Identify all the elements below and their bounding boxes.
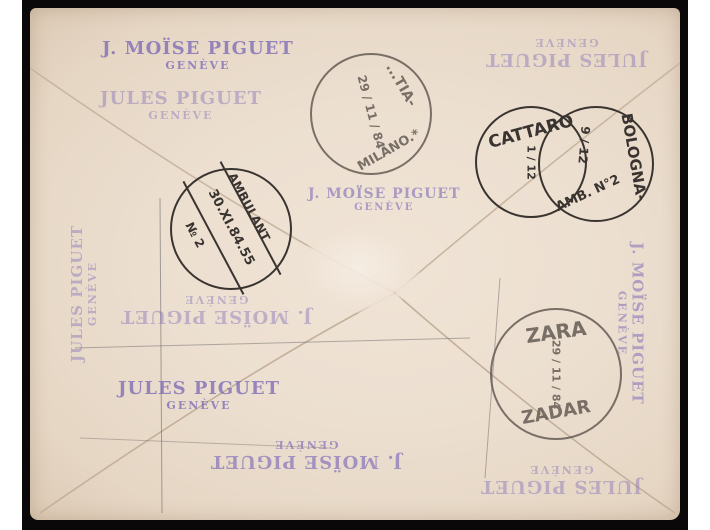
postmark-bologna: BOLOGNA- 9 / 12 AMB. N°2 — [538, 106, 654, 222]
handstamp-line1: JULES PIGUET — [118, 378, 280, 399]
handstamp-moise-piguet: J. MOÏSE PIGUET GENÈVE — [102, 38, 294, 72]
paper-wear-patch — [300, 223, 420, 313]
handstamp-line2: GENÈVE — [100, 109, 262, 122]
envelope-back: J. MOÏSE PIGUET GENÈVE JULES PIGUET GENÈ… — [30, 8, 680, 520]
handstamp-line2: GENÈVE — [210, 438, 402, 451]
handstamp-moise-piguet: J. MOÏSE PIGUET GENÈVE — [308, 186, 461, 213]
handstamp-moise-piguet-inverted: J. MOÏSE PIGUET GENÈVE — [210, 438, 402, 472]
handstamp-line1: JULES PIGUET — [485, 49, 647, 70]
postmark-milano: ...TIA- 29 / 11 / 84 MILANO.* — [310, 53, 432, 175]
handstamp-line2: GENÈVE — [485, 36, 647, 49]
postmark-zara: ZARA 29 / 11 / 84 ZADAR — [490, 308, 622, 440]
handstamp-moise-piguet-inverted: J. MOÏSE PIGUET GENÈVE — [120, 293, 312, 327]
handstamp-line1: J. MOÏSE PIGUET — [308, 186, 461, 202]
handstamp-jules-piguet: JULES PIGUET GENÈVE — [118, 378, 280, 412]
handstamp-jules-piguet-inverted: JULES PIGUET GENÈVE — [485, 36, 647, 70]
handstamp-line2: GENÈVE — [118, 399, 280, 412]
handstamp-line1: JULES PIGUET — [100, 88, 262, 109]
handstamp-line1: J. MOÏSE PIGUET — [629, 242, 647, 404]
handstamp-line1: J. MOÏSE PIGUET — [120, 306, 312, 327]
handstamp-line2: GENÈVE — [86, 225, 99, 362]
handstamp-jules-piguet-inverted: JULES PIGUET GENÈVE — [480, 463, 642, 497]
postmark-date: 1 / 12 — [525, 109, 538, 217]
handstamp-line1: J. MOÏSE PIGUET — [102, 38, 294, 59]
handstamp-line1: JULES PIGUET — [68, 225, 86, 362]
handstamp-line1: JULES PIGUET — [480, 476, 642, 497]
postmark-ambulant: AMBULANT 30.XI.84.55 № 2 — [170, 168, 292, 290]
handstamp-jules-piguet: JULES PIGUET GENÈVE — [100, 88, 262, 122]
handstamp-line1: J. MOÏSE PIGUET — [210, 451, 402, 472]
handstamp-line2: GENÈVE — [480, 463, 642, 476]
handstamp-line2: GENÈVE — [308, 202, 461, 213]
handstamp-line2: GENÈVE — [120, 293, 312, 306]
handstamp-jules-piguet-vertical: JULES PIGUET GENÈVE — [68, 225, 99, 362]
handstamp-line2: GENÈVE — [102, 59, 294, 72]
